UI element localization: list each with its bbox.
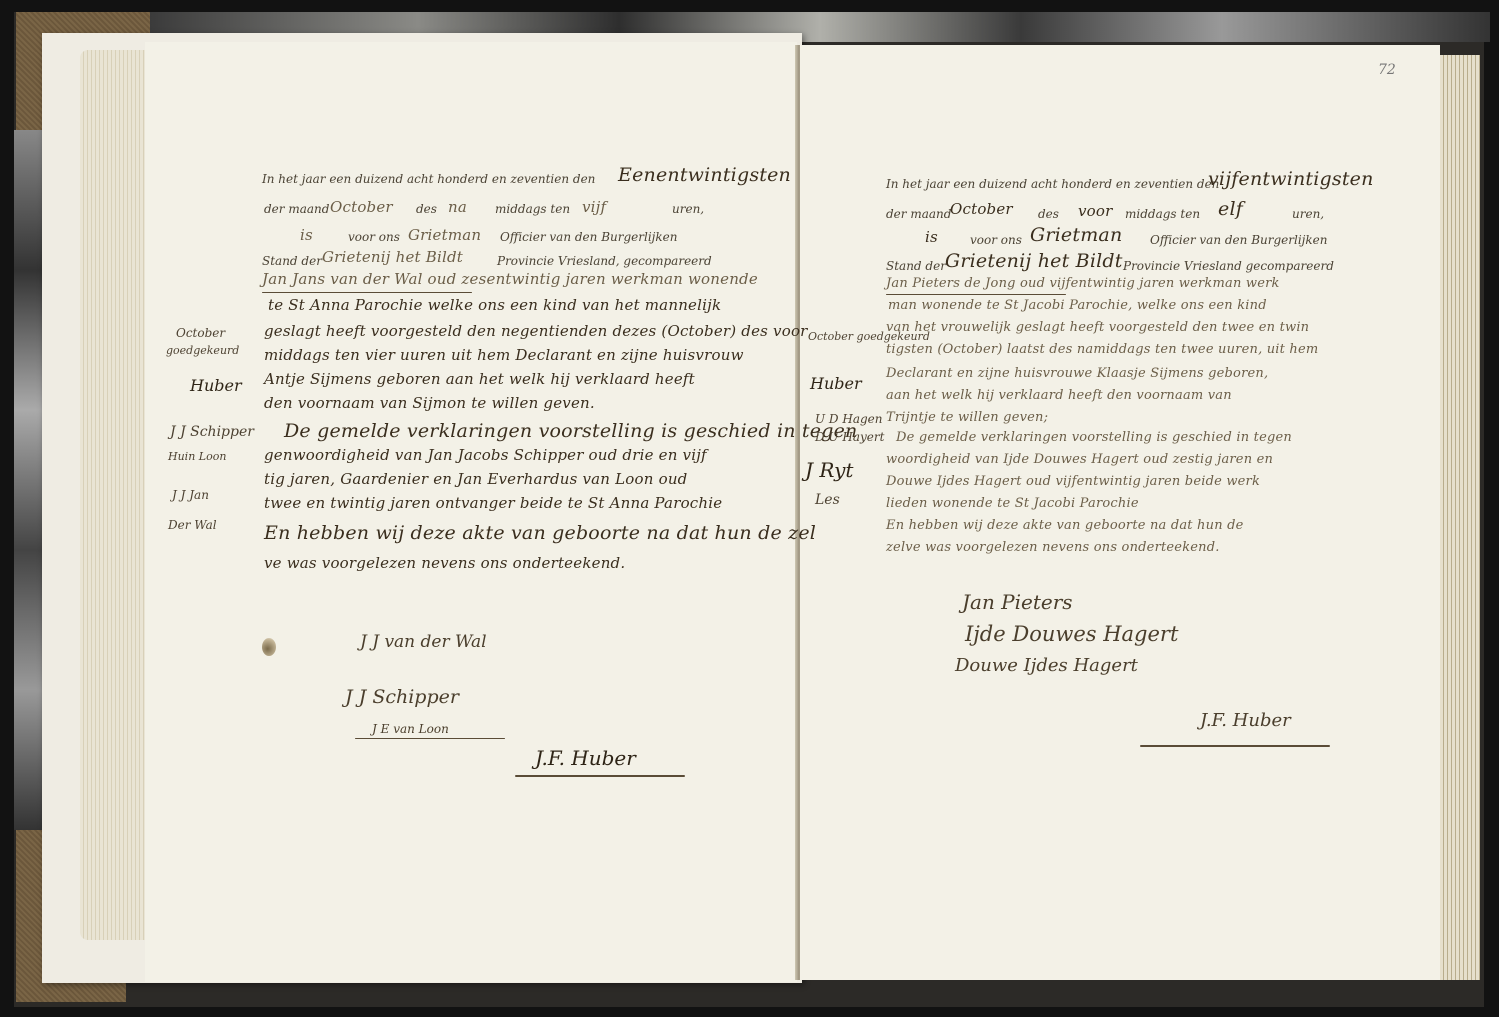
hand-line: twee en twintig jaren ontvanger beide te…	[264, 494, 722, 512]
marbled-board-left	[14, 130, 44, 830]
printed-maand: der maand	[886, 207, 951, 221]
hand-line: Jan Jans van der Wal oud zesentwintig ja…	[262, 270, 758, 288]
signature-flourish	[515, 775, 685, 777]
hand-line: Antje Sijmens geboren aan het welk hij v…	[264, 370, 695, 388]
printed-voor-ons: voor ons	[970, 233, 1022, 247]
signature-flourish	[1140, 745, 1330, 747]
hand-line: En hebben wij deze akte van geboorte na …	[886, 518, 1244, 533]
hand-line: den voornaam van Sijmon te willen geven.	[264, 394, 595, 412]
signature: J E van Loon	[372, 722, 449, 736]
margin-note: Huber	[190, 376, 242, 395]
signature: J.F. Huber	[535, 746, 636, 770]
printed-intro: In het jaar een duizend acht honderd en …	[262, 172, 595, 186]
hand-line: En hebben wij deze akte van geboorte na …	[264, 522, 816, 544]
margin-note: J Ryt	[805, 458, 853, 482]
signature: J J van der Wal	[360, 632, 487, 652]
printed-maand: der maand	[264, 202, 329, 216]
printed-officier: Officier van den Burgerlijken	[1150, 233, 1328, 247]
margin-note: J J Schipper	[170, 424, 254, 440]
hand-title: Grietman	[408, 226, 481, 244]
hand-line: zelve was voorgelezen nevens ons onderte…	[886, 540, 1220, 555]
hand-line: Douwe Ijdes Hagert oud vijfentwintig jar…	[886, 474, 1260, 489]
hand-ampm: voor	[1078, 202, 1113, 220]
hand-month: October	[330, 198, 393, 216]
hand-line: te St Anna Parochie welke ons een kind v…	[268, 296, 721, 314]
hand-title: Grietman	[1030, 224, 1122, 246]
hand-hour: vijf	[582, 198, 606, 216]
hand-line: Declarant en zijne huisvrouwe Klaasje Si…	[886, 366, 1268, 381]
hand-line: De gemelde verklaringen voorstelling is …	[284, 420, 857, 442]
printed-middags: middags ten	[1125, 207, 1200, 221]
hand-day: Eenentwintigsten	[618, 164, 791, 186]
underline	[262, 292, 472, 293]
margin-note: J J Jan	[172, 488, 209, 502]
printed-stand: Stand der	[262, 254, 322, 268]
signature-flourish	[355, 738, 505, 739]
printed-stand: Stand der	[886, 259, 946, 273]
hand-line: tig jaren, Gaardenier en Jan Everhardus …	[264, 470, 687, 488]
printed-uren: uren,	[672, 202, 704, 216]
printed-officier: Officier van den Burgerlijken	[500, 230, 678, 244]
page-edges-right	[1440, 55, 1480, 980]
margin-note: U D Hagen	[815, 412, 883, 426]
hand-line: Jan Pieters de Jong oud vijfentwintig ja…	[886, 276, 1280, 291]
margin-note: Les	[815, 492, 840, 508]
hand-ampm: na	[448, 198, 467, 216]
hand-line: De gemelde verklaringen voorstelling is …	[896, 430, 1292, 445]
signature: Ijde Douwes Hagert	[965, 622, 1178, 646]
hand-line: aan het welk hij verklaard heeft den voo…	[886, 388, 1232, 403]
hand-number: is	[300, 226, 313, 244]
signature: J J Schipper	[345, 686, 459, 708]
margin-note: Der Wal	[168, 518, 217, 532]
margin-note: goedgekeurd	[166, 344, 239, 357]
margin-note: October	[176, 326, 225, 340]
hand-line: man wonende te St Jacobi Parochie, welke…	[888, 298, 1267, 313]
hand-line: middags ten vier uuren uit hem Declarant…	[264, 346, 744, 364]
hand-place: Grietenij het Bildt	[945, 250, 1123, 272]
margin-note: Huin Loon	[168, 450, 226, 463]
underline	[886, 294, 1066, 295]
hand-line: Trijntje te willen geven;	[886, 410, 1048, 425]
hand-line: ve was voorgelezen nevens ons onderteeke…	[264, 554, 625, 572]
printed-uren: uren,	[1292, 207, 1324, 221]
hand-line: genwoordigheid van Jan Jacobs Schipper o…	[264, 446, 707, 464]
hand-hour: elf	[1218, 198, 1243, 220]
hand-line: woordigheid van Ijde Douwes Hagert oud z…	[886, 452, 1273, 467]
page-edges-left	[80, 50, 150, 940]
page-number: 72	[1378, 62, 1396, 78]
printed-voor-ons: voor ons	[348, 230, 400, 244]
printed-des: des	[1038, 207, 1059, 221]
hand-month: October	[950, 200, 1013, 218]
printed-provincie: Provincie Vriesland, gecompareerd	[497, 254, 712, 268]
signature: Jan Pieters	[962, 590, 1073, 614]
hand-line: tigsten (October) laatst des namiddags t…	[886, 342, 1318, 357]
signature: J.F. Huber	[1200, 710, 1291, 731]
margin-note: Huber	[810, 374, 862, 393]
signature: Douwe Ijdes Hagert	[955, 655, 1138, 676]
margin-note: D U Hayert	[815, 430, 884, 444]
hand-line: van het vrouwelijk geslagt heeft voorges…	[886, 320, 1309, 335]
printed-middags: middags ten	[495, 202, 570, 216]
hand-line: geslagt heeft voorgesteld den negentiend…	[264, 322, 808, 340]
hand-number: is	[925, 228, 938, 246]
printed-intro: In het jaar een duizend acht honderd en …	[886, 177, 1219, 191]
hand-place: Grietenij het Bildt	[322, 248, 463, 266]
printed-des: des	[416, 202, 437, 216]
hand-day: vijfentwintigsten	[1208, 168, 1374, 190]
hand-line: lieden wonende te St Jacobi Parochie	[886, 496, 1139, 511]
printed-provincie: Provincie Vriesland gecompareerd	[1123, 259, 1334, 273]
ink-stain	[262, 638, 276, 656]
